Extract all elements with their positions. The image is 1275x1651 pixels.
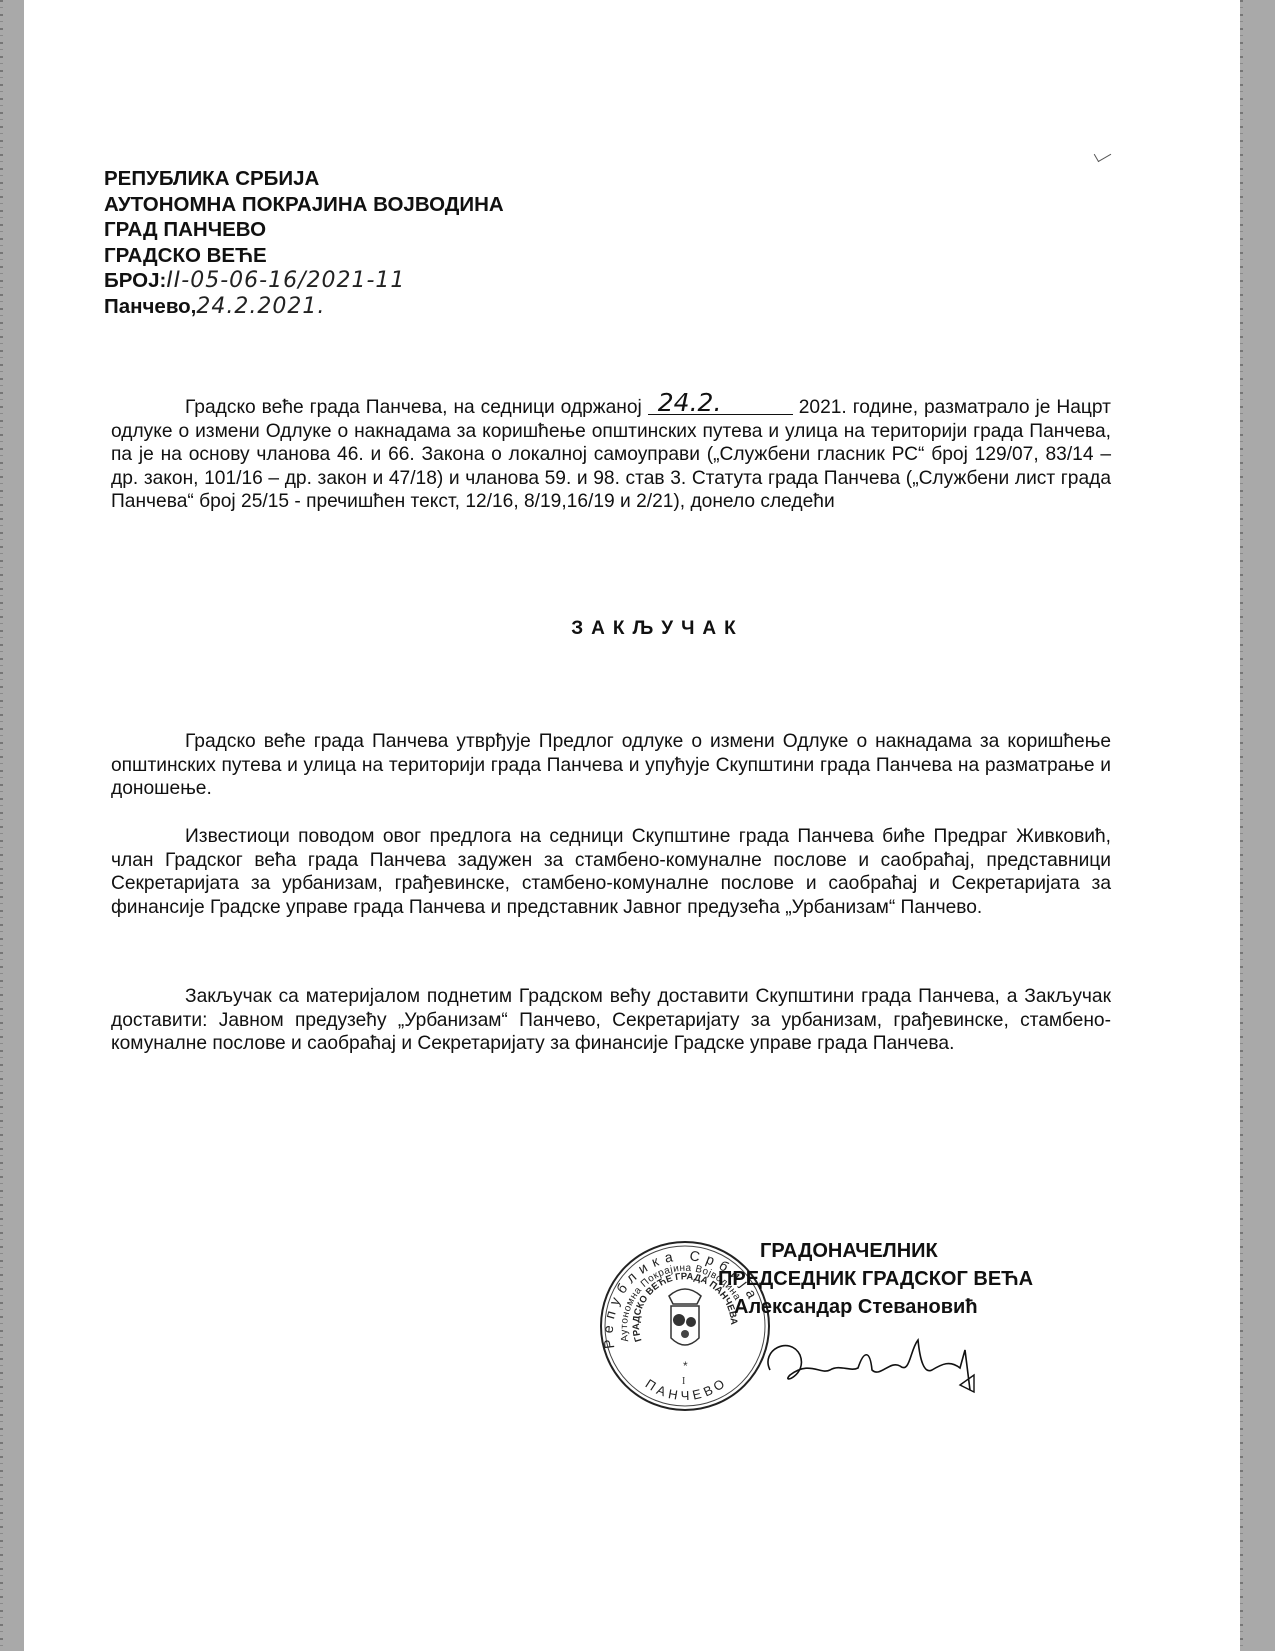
scan-edge-left [0,0,3,1651]
signatory-name: Александар Стевановић [718,1293,1033,1321]
conclusion-paragraph-2: Известиоци поводом овог предлога на седн… [111,825,1111,919]
paragraph-text: Градско веће града Панчева утврђује Пред… [111,731,1111,799]
letterhead: РЕПУБЛИКА СРБИЈА АУТОНОМНА ПОКРАЈИНА ВОЈ… [104,166,504,319]
signatory-title-mayor: ГРАДОНАЧЕЛНИК [718,1237,1033,1265]
coat-of-arms-icon [669,1289,701,1345]
paragraph-text: Известиоци поводом овог предлога на седн… [111,826,1111,918]
conclusion-paragraph-1: Градско веће града Панчева утврђује Пред… [111,730,1111,801]
letterhead-country: РЕПУБЛИКА СРБИЈА [104,166,504,192]
document-title: ЗАКЉУЧАК [0,618,1275,640]
document-number-value: II-05-06-16/2021-11 [166,268,405,293]
intro-paragraph: Градско веће града Панчева, на седници о… [111,394,1111,514]
paragraph-text: Закључак са материјалом поднетим Градско… [111,986,1111,1054]
letterhead-province: АУТОНОМНА ПОКРАЈИНА ВОЈВОДИНА [104,192,504,218]
document-number-label: БРОЈ: [104,269,166,292]
document-date-value: 24.2.2021. [196,294,325,319]
svg-text:I: I [682,1376,685,1387]
document-place-label: Панчево, [104,295,196,318]
letterhead-city: ГРАД ПАНЧЕВО [104,217,504,243]
document-date: Панчево,24.2.2021. [104,294,504,320]
conclusion-paragraph-3: Закључак са материјалом поднетим Градско… [111,985,1111,1056]
signatory-title-president: ПРЕДСЕДНИК ГРАДСКОГ ВЕЋА [718,1265,1033,1293]
document-number: БРОЈ:II-05-06-16/2021-11 [104,268,504,294]
handwritten-signature [760,1330,990,1400]
svg-text:*: * [683,1359,688,1373]
signature-block: ГРАДОНАЧЕЛНИК ПРЕДСЕДНИК ГРАДСКОГ ВЕЋА А… [718,1237,1033,1321]
intro-text-start: Градско веће града Панчева, на седници о… [185,397,642,418]
scan-edge-right [1240,0,1243,1651]
session-date-handwritten: 24.2. [648,392,793,415]
letterhead-council: ГРАДСКО ВЕЋЕ [104,243,504,269]
